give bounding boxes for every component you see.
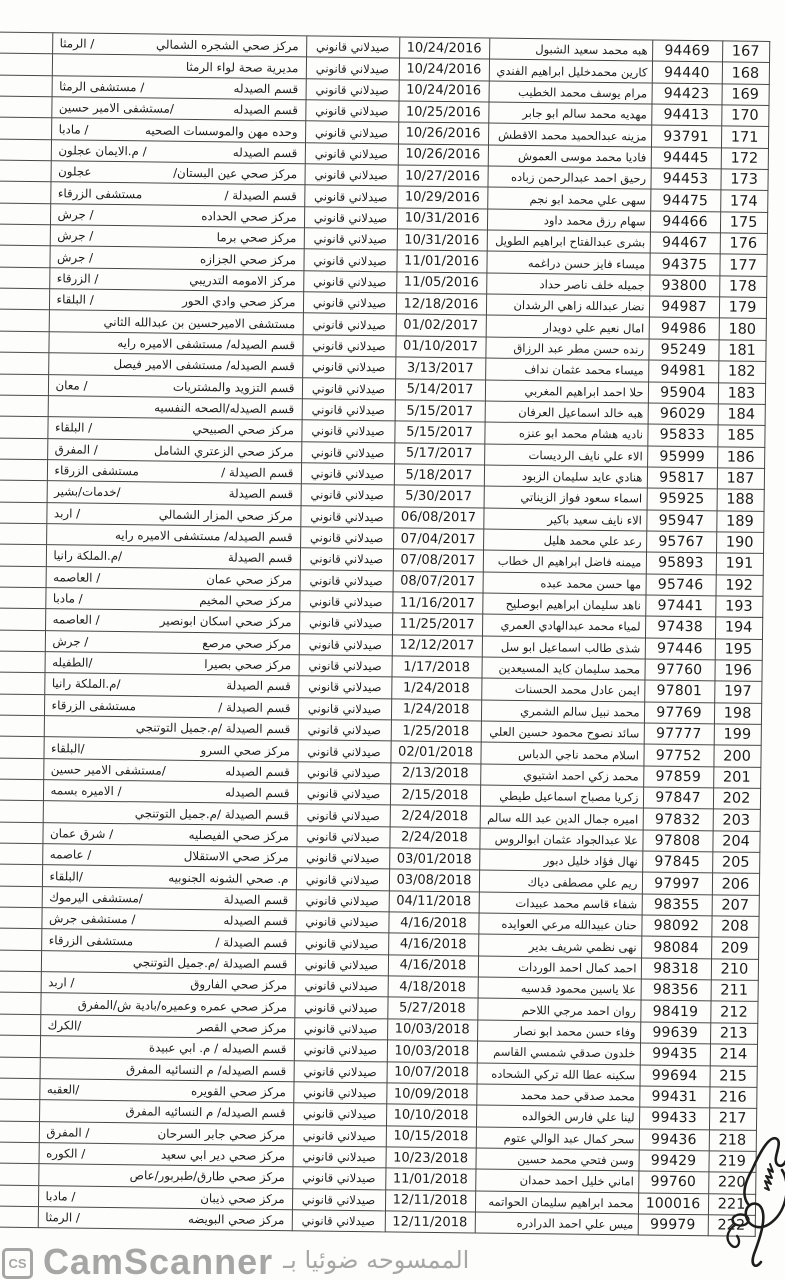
employee-id-cell: 95893 — [646, 552, 716, 574]
workplace-cell: مركز صحي المخيم / مادبا — [45, 588, 299, 612]
workplace-text: مركز صحي المزار الشمالي / اربد — [47, 506, 300, 523]
row-number-cell: 203 — [713, 809, 760, 831]
employee-name-cell: مزينه عبدالحميد محمد الاقطش — [488, 123, 651, 146]
job-title-cell: صيدلاني قانوني — [293, 1082, 386, 1104]
workplace-text: مديرية صحة لواء الرمثا — [52, 58, 305, 75]
workplace-cell: قسم الصيدله /مستشفى الامير حسين — [43, 758, 297, 782]
row-number-cell: 171 — [721, 126, 768, 148]
workplace-cell: مركز صحي الفاروق / اربد — [41, 972, 295, 996]
workplace-facility: قسم الصيدله/ م النسائيه المفرق — [126, 1062, 286, 1078]
job-title-cell: صيدلاني قانوني — [301, 463, 394, 485]
appointment-date-cell: 10/31/2016 — [397, 229, 487, 251]
workplace-text: قسم الصيدله/ م النسائيه المفرق — [40, 1103, 293, 1120]
appointment-date-cell: 10/03/2018 — [387, 1019, 477, 1041]
appointment-date-cell: 5/17/2017 — [394, 442, 484, 464]
employee-id-cell: 99639 — [640, 1022, 710, 1044]
appointment-date-cell: 10/10/2018 — [386, 1104, 476, 1126]
appointment-date-cell: 12/18/2016 — [396, 293, 486, 315]
workplace-cell: مركز صحي عمره وعميره/بادية ش/المفرق — [40, 993, 294, 1017]
camscanner-watermark: CS CamScanner الممسوحه ضوئيا بـ — [2, 1244, 469, 1280]
employee-name-cell: شذى طالب اسماعيل ابو سل — [482, 636, 645, 659]
workplace-cell: مركز صحي بصيرا /الطفيله — [45, 652, 299, 676]
appointment-date-cell: 4/16/2018 — [388, 912, 478, 934]
table-left-stub-cell — [0, 1141, 39, 1163]
row-number-cell: 169 — [721, 84, 768, 106]
workplace-text: قسم الصيدلة /م.جميل التوتنجي — [44, 719, 297, 736]
workplace-text: قسم الصيدله/ مستشفى الاميره رايه — [47, 527, 300, 544]
row-number-cell: 197 — [714, 681, 761, 703]
workplace-facility: مركز صحي جابر السرحان — [157, 1126, 285, 1142]
appointment-date-cell: 07/04/2017 — [393, 528, 483, 550]
workplace-cell: مركز صحي الاستقلال / عاصمه — [42, 844, 296, 868]
job-title-cell: صيدلاني قانوني — [300, 548, 393, 570]
table-left-stub-cell — [0, 672, 45, 694]
workplace-facility: مركز صحي الاستقلال — [184, 849, 289, 864]
workplace-facility: مركز الامومه التدريبي — [189, 273, 296, 288]
watermark-arabic-text: الممسوحه ضوئيا بـ — [283, 1248, 469, 1272]
workplace-facility: قسم الصيدله — [223, 914, 288, 929]
employee-name-cell: بشرى عبدالفتاح ابراهيم الطويل — [487, 230, 650, 253]
workplace-cell: مركز صحي طارق/طبربور/عاص — [38, 1164, 292, 1188]
appointment-date-cell: 11/01/2016 — [396, 250, 486, 272]
job-title-cell: صيدلاني قانوني — [306, 57, 399, 79]
workplace-text: قسم الصيدله/ مستشفى الامير فيصل — [49, 357, 302, 374]
scanned-sheet: 167 94469 هبه محمد سعيد الشبول 10/24/201… — [0, 31, 770, 1237]
workplace-cell: قسم الصيدله /مستشفى الامير حسين — [51, 97, 305, 121]
employee-id-cell: 97808 — [642, 830, 712, 852]
employee-id-cell: 97845 — [642, 851, 712, 873]
camscanner-logo-icon: CS — [2, 1248, 33, 1279]
workplace-governorate: /مستشفى الامير حسين — [59, 101, 174, 116]
workplace-facility: مركز صحي القويره — [191, 1084, 286, 1099]
workplace-governorate: / مستشفى جرش — [49, 912, 136, 927]
job-title-cell: صيدلاني قانوني — [298, 676, 391, 698]
workplace-text: قسم الصيدلة / مستشفى الزرقاء — [45, 698, 298, 715]
employee-name-cell: هبه خالد اسماعيل العرفان — [485, 401, 648, 424]
employee-id-cell: 99431 — [639, 1086, 709, 1108]
workplace-governorate: / مادبا — [59, 122, 89, 136]
employee-name-cell: الاء نايف سعيد باكير — [483, 508, 646, 531]
workplace-governorate: /البلقاء — [49, 869, 83, 883]
workplace-facility: قسم الصيدلة / — [221, 465, 293, 480]
table-left-stub-cell — [0, 522, 46, 544]
workplace-facility: مركز صحي الفاروق — [190, 977, 287, 992]
job-title-cell: صيدلاني قانوني — [301, 420, 394, 442]
workplace-governorate: / الكوره — [46, 1146, 85, 1160]
job-title-cell: صيدلاني قانوني — [295, 954, 388, 976]
workplace-facility: قسم الصيدله — [225, 764, 290, 779]
employee-id-cell: 97832 — [643, 808, 713, 830]
employee-name-cell: سكينه عطا الله تركي الشحاده — [477, 1062, 640, 1085]
workplace-governorate: / الرمثا — [60, 36, 95, 50]
workplace-governorate: /م.الملكة رانيا — [52, 677, 121, 692]
row-number-cell: 216 — [709, 1087, 756, 1109]
table-left-stub-cell — [0, 394, 48, 416]
workplace-facility: قسم الصيدله — [234, 81, 299, 96]
employee-id-cell: 97801 — [644, 680, 714, 702]
workplace-governorate: / عاصمه — [50, 847, 92, 862]
job-title-cell: صيدلاني قانوني — [303, 292, 396, 314]
workplace-text: قسم الصيدله / م.الايمان عجلون — [51, 143, 304, 160]
row-number-cell: 167 — [722, 41, 769, 63]
workplace-governorate: / شرق عمان — [50, 826, 113, 841]
table-left-stub-cell — [0, 651, 45, 673]
employee-id-cell: 94445 — [651, 147, 721, 169]
table-left-stub-cell — [0, 181, 50, 203]
workplace-text: قسم الصيدله /مستشفى الامير حسين — [44, 762, 297, 779]
appointment-date-cell: 10/24/2016 — [399, 37, 489, 59]
workplace-text: مركز صحي عمره وعميره/بادية ش/المفرق — [41, 997, 294, 1014]
workplace-facility: قسم الصيدله/ مستشفى الاميره رايه — [117, 336, 295, 352]
workplace-cell: مركز صحي ذيبان / مادبا — [38, 1185, 292, 1209]
table-left-stub-cell — [0, 1077, 40, 1099]
table-left-stub-cell — [0, 1184, 38, 1206]
workplace-text: قسم الصيدله / مستشفى جرش — [42, 911, 295, 928]
table-left-stub-cell — [0, 416, 48, 438]
row-number-cell: 206 — [712, 873, 759, 895]
job-title-cell: صيدلاني قانوني — [305, 143, 398, 165]
workplace-governorate: /الطفيله — [52, 655, 92, 669]
table-left-stub-cell — [0, 1163, 39, 1185]
table-left-stub-cell — [0, 949, 41, 971]
workplace-governorate: / مادبا — [46, 1189, 76, 1203]
employee-id-cell: 95746 — [646, 574, 716, 596]
job-title-cell: صيدلاني قانوني — [292, 1188, 385, 1210]
row-number-cell: 187 — [717, 468, 764, 490]
appointment-date-cell: 01/10/2017 — [395, 336, 485, 358]
employee-name-cell: اسلام محمد ناجي الدباس — [480, 742, 643, 765]
workplace-cell: مستشفى الاميرحسين بن عبدالله الثاني — [49, 310, 303, 334]
table-left-stub-cell — [0, 330, 49, 352]
job-title-cell: صيدلاني قانوني — [295, 975, 388, 997]
workplace-facility: قسم الصيدله/ مستشفى الامير فيصل — [113, 357, 294, 373]
workplace-facility: مركز صحي برما — [217, 231, 297, 246]
row-number-cell: 182 — [718, 361, 765, 383]
job-title-cell: صيدلاني قانوني — [303, 271, 396, 293]
workplace-governorate: /مستشفى اليرموك — [49, 890, 143, 905]
workplace-governorate: مستشفى الزرقاء — [54, 463, 139, 478]
workplace-text: مركز صحي المخيم / مادبا — [46, 591, 299, 608]
job-title-cell: صيدلاني قانوني — [302, 399, 395, 421]
row-number-cell: 183 — [718, 382, 765, 404]
employee-id-cell: 95947 — [646, 510, 716, 532]
appointment-date-cell: 1/24/2018 — [391, 699, 481, 721]
appointment-date-cell: 03/08/2018 — [389, 869, 479, 891]
workplace-facility: مركز صحي عمان — [206, 572, 292, 587]
employee-id-cell: 94453 — [650, 168, 720, 190]
employee-id-cell: 94467 — [650, 232, 720, 254]
workplace-governorate: / جرش — [58, 207, 94, 221]
employee-id-cell: 95999 — [647, 446, 717, 468]
job-title-cell: صيدلاني قانوني — [296, 890, 389, 912]
row-number-cell: 199 — [714, 724, 761, 746]
row-number-cell: 202 — [713, 788, 760, 810]
employee-name-cell: وفاء حسن محمد ابو نصار — [477, 1020, 640, 1043]
table-left-stub-cell — [0, 800, 43, 822]
table-left-stub-cell — [0, 693, 44, 715]
workplace-text: مركز صحي القويره /العقبه — [40, 1082, 293, 1099]
workplace-text: مركز صحي اسكان ابونصير / العاصمه — [46, 613, 299, 630]
workplace-cell: مركز صحي الفيصليه / شرق عمان — [42, 822, 296, 846]
table-left-stub-cell — [0, 74, 52, 96]
job-title-cell: صيدلاني قانوني — [298, 655, 391, 677]
job-title-cell: صيدلاني قانوني — [294, 1018, 387, 1040]
appointment-date-cell: 5/18/2017 — [394, 464, 484, 486]
workplace-facility: مركز صحي الجزازه — [200, 252, 296, 267]
employee-name-cell: سهام رزق محمد داود — [487, 209, 650, 232]
row-number-cell: 184 — [718, 404, 765, 426]
employee-id-cell: 94413 — [651, 104, 721, 126]
employee-name-cell: حلا احمد ابراهيم المغربي — [485, 380, 648, 403]
appointment-date-cell: 03/01/2018 — [389, 848, 479, 870]
row-number-cell: 176 — [720, 233, 767, 255]
appointment-date-cell: 2/24/2018 — [389, 827, 479, 849]
table-left-stub-cell — [0, 629, 45, 651]
appointment-date-cell: 10/25/2016 — [398, 101, 488, 123]
workplace-facility: قسم الصيدله/ م النسائيه المفرق — [125, 1105, 285, 1121]
row-number-cell: 215 — [709, 1065, 756, 1087]
workplace-cell: مركز الامومه التدريبي / الزرقاء — [49, 267, 303, 291]
table-left-stub-cell — [0, 1035, 40, 1057]
appointment-date-cell: 10/24/2016 — [399, 80, 489, 102]
workplace-cell: قسم الصيدلة / مستشفى الزرقاء — [47, 460, 301, 484]
appointment-date-cell: 10/15/2018 — [386, 1125, 476, 1147]
pharmacists-roster-table: 167 94469 هبه محمد سعيد الشبول 10/24/201… — [0, 31, 770, 1237]
roster-table-body: 167 94469 هبه محمد سعيد الشبول 10/24/201… — [0, 32, 769, 1237]
workplace-facility: مركز صحي عمره وعميره/بادية ش/المفرق — [78, 997, 287, 1014]
workplace-cell: مركز صحي القويره /العقبه — [39, 1078, 293, 1102]
row-number-cell: 168 — [722, 62, 769, 84]
job-title-cell: صيدلاني قانوني — [296, 847, 389, 869]
workplace-text: قسم الصيدلة /خدمات/بشير — [47, 485, 300, 502]
appointment-date-cell: 2/15/2018 — [390, 784, 480, 806]
workplace-facility: قسم الصيدله / م. ابي عبيدة — [149, 1041, 287, 1057]
job-title-cell: صيدلاني قانوني — [303, 313, 396, 335]
appointment-date-cell: 04/11/2018 — [389, 891, 479, 913]
job-title-cell: صيدلاني قانوني — [298, 719, 391, 741]
employee-name-cell: رنده حسن مطر عبد الرزاق — [485, 337, 648, 360]
workplace-text: مركز صحي بصيرا /الطفيله — [45, 655, 298, 672]
workplace-cell: وحده مهن والموسسات الصحيه / مادبا — [51, 118, 305, 142]
job-title-cell: صيدلاني قانوني — [293, 1103, 386, 1125]
job-title-cell: صيدلاني قانوني — [302, 356, 395, 378]
appointment-date-cell: 12/11/2018 — [385, 1211, 475, 1233]
workplace-text: مركز صحي طارق/طبربور/عاص — [39, 1168, 292, 1185]
table-left-stub-cell — [0, 779, 43, 801]
appointment-date-cell: 4/18/2018 — [388, 976, 478, 998]
appointment-date-cell: 10/27/2016 — [397, 165, 487, 187]
row-number-cell: 175 — [720, 212, 767, 234]
employee-id-cell: 97847 — [643, 787, 713, 809]
workplace-text: قسم الصيدله /مستشفى الامير حسين — [52, 100, 305, 117]
workplace-facility: مركز صحي وادي الحور — [182, 294, 296, 309]
employee-name-cell: محمد نبيل سالم الشمري — [481, 700, 644, 723]
table-left-stub-cell — [0, 309, 49, 331]
employee-id-cell: 94981 — [648, 360, 718, 382]
workplace-cell: قسم الصيدله / م.الايمان عجلون — [51, 139, 305, 163]
row-number-cell: 177 — [719, 254, 766, 276]
workplace-text: مركز صحي وادي الحور / البلقاء — [49, 292, 302, 309]
row-number-cell: 214 — [710, 1044, 757, 1066]
job-title-cell: صيدلاني قانوني — [300, 569, 393, 591]
table-left-stub-cell — [0, 608, 45, 630]
table-left-stub-cell — [0, 1013, 40, 1035]
workplace-cell: مركز صحي المزار الشمالي / اربد — [46, 502, 300, 526]
workplace-cell: مركز صحي القصر /الكرك — [40, 1014, 294, 1038]
row-number-cell: 198 — [714, 703, 761, 725]
appointment-date-cell: 07/08/2017 — [393, 549, 483, 571]
workplace-text: قسم الصيدلة /م.الملكة رانيا — [45, 677, 298, 694]
employee-id-cell: 93791 — [651, 125, 721, 147]
row-number-cell: 212 — [710, 1001, 757, 1023]
workplace-cell: مركز صحي دير ابي سعيد / الكوره — [39, 1143, 293, 1167]
workplace-text: مركز صحي الاستقلال / عاصمه — [43, 847, 296, 864]
appointment-date-cell: 10/31/2016 — [397, 208, 487, 230]
appointment-date-cell: 12/11/2018 — [385, 1189, 475, 1211]
employee-name-cell: كارين محمدخليل ابراهيم الفندي — [489, 59, 652, 82]
row-number-cell: 185 — [717, 425, 764, 447]
workplace-governorate: / العاصمه — [53, 613, 100, 628]
workplace-facility: قسم الصيدلة — [224, 892, 289, 907]
appointment-date-cell: 5/15/2017 — [395, 400, 485, 422]
workplace-cell: مركز صحي اسكان ابونصير / العاصمه — [45, 609, 299, 633]
appointment-date-cell: 12/12/2017 — [392, 635, 482, 657]
workplace-facility: قسم الصيدلة — [229, 487, 294, 502]
employee-name-cell: الاء علي نايف الرديسات — [484, 444, 647, 467]
workplace-text: قسم الصيدلة / مستشفى الزرقاء — [42, 933, 295, 950]
workplace-cell: قسم الصيدلة /م.الملكة رانيا — [46, 545, 300, 569]
employee-id-cell: 97859 — [643, 766, 713, 788]
job-title-cell: صيدلاني قانوني — [302, 377, 395, 399]
employee-id-cell: 95249 — [648, 339, 718, 361]
table-left-stub-cell — [0, 288, 49, 310]
workplace-governorate: / معان — [55, 378, 87, 392]
workplace-facility: مركز صحي ذيبان — [200, 1191, 284, 1206]
employee-name-cell: سهى علي محمد ابو نجم — [487, 187, 650, 210]
workplace-facility: مركز صحي الزعتري الشامل — [154, 443, 294, 459]
workplace-cell: قسم التزويد والمشتريات / معان — [48, 374, 302, 398]
workplace-text: مركز صحي القصر /الكرك — [41, 1018, 294, 1035]
workplace-text: قسم الصيدلة /م.جميل التوتنجي — [43, 805, 296, 822]
workplace-text: مركز صحي السرو /البلقاء — [44, 741, 297, 758]
workplace-facility: مركز صحي البويضه — [188, 1212, 284, 1227]
workplace-text: مركز صحي البويضه / الرمثا — [38, 1210, 291, 1227]
appointment-date-cell: 10/24/2016 — [399, 58, 489, 80]
employee-id-cell: 97446 — [645, 638, 715, 660]
workplace-facility: قسم الصيدله — [233, 103, 298, 118]
employee-name-cell: نضار عبدالله زاهي الرشدان — [486, 294, 649, 317]
workplace-text: مركز صحي الفيصليه / شرق عمان — [43, 826, 296, 843]
workplace-cell: قسم الصيدلة /م.جميل التوتنجي — [44, 716, 298, 740]
employee-id-cell: 98084 — [641, 936, 711, 958]
job-title-cell: صيدلاني قانوني — [304, 228, 397, 250]
employee-name-cell: محمد ابراهيم سليمان الحواتمه — [475, 1191, 638, 1214]
job-title-cell: صيدلاني قانوني — [294, 1060, 387, 1082]
appointment-date-cell: 5/27/2018 — [387, 997, 477, 1019]
workplace-text: قسم الصيدلة /مستشفى اليرموك — [42, 890, 295, 907]
table-left-stub-cell — [0, 1099, 39, 1121]
workplace-cell: قسم الصيدله/ مستشفى الاميره رايه — [46, 524, 300, 548]
workplace-governorate: مستشفى الزرقاء — [58, 186, 143, 201]
table-left-stub-cell — [0, 992, 41, 1014]
workplace-text: قسم الصيدله / مستشفى الرمثا — [52, 79, 305, 96]
employee-name-cell: مهديه محمد سالم ابو جابر — [488, 102, 651, 125]
table-left-stub-cell — [0, 53, 52, 75]
row-number-cell: 180 — [719, 318, 766, 340]
table-left-stub-cell — [0, 736, 44, 758]
workplace-cell: قسم الصيدلة /م.جميل التوتنجي — [43, 801, 297, 825]
row-number-cell: 174 — [720, 190, 767, 212]
table-left-stub-cell — [0, 373, 48, 395]
workplace-text: مركز صحي الصبيحي / البلقاء — [48, 421, 301, 438]
workplace-governorate: مستشفى الزرقاء — [52, 698, 137, 713]
employee-id-cell: 99435 — [640, 1043, 710, 1065]
appointment-date-cell: 5/14/2017 — [395, 378, 485, 400]
workplace-facility: قسم الصيدلة / — [225, 188, 297, 203]
table-left-stub-cell — [0, 971, 41, 993]
employee-id-cell: 98318 — [641, 958, 711, 980]
table-left-stub-cell — [0, 757, 43, 779]
scanned-document-page: { "meta": { "job_title": "صيدلاني قانوني… — [0, 0, 785, 1280]
workplace-facility: مركز صحي عين البستان/ — [173, 166, 297, 182]
table-left-stub-cell — [0, 864, 42, 886]
row-number-cell: 213 — [710, 1023, 757, 1045]
handwritten-signature — [698, 1126, 785, 1276]
employee-name-cell: ناديه هشام محمد ابو عنزه — [484, 422, 647, 445]
appointment-date-cell: 4/16/2018 — [388, 955, 478, 977]
workplace-facility: مركز صحي المخيم — [199, 593, 292, 608]
table-left-stub-cell — [0, 117, 51, 139]
table-left-stub-cell — [0, 821, 43, 843]
workplace-text: مركز صحي عمان / العاصمه — [46, 570, 299, 587]
workplace-cell: مركز صحي مرصع / جرش — [45, 630, 299, 654]
employee-name-cell: سائد نصوح محمود حسين العلي — [481, 721, 644, 744]
workplace-text: مركز صحي الشجره الشمالي / الرمثا — [53, 36, 306, 53]
workplace-facility: قسم الصيدلة /م.جميل التوتنجي — [135, 806, 290, 822]
workplace-cell: قسم الصيدله / مستشفى جرش — [41, 908, 295, 932]
table-left-stub-cell — [0, 480, 47, 502]
workplace-cell: قسم الصيدلة /م.الملكة رانيا — [44, 673, 298, 697]
job-title-cell: صيدلاني قانوني — [300, 527, 393, 549]
table-left-stub-cell — [0, 1056, 40, 1078]
workplace-cell: مديرية صحة لواء الرمثا — [52, 54, 306, 78]
workplace-facility: قسم الصيدله/الصحه النفسيه — [154, 400, 294, 416]
workplace-facility: قسم الصيدله — [225, 786, 290, 801]
workplace-governorate: / الرمثا — [45, 1210, 80, 1224]
workplace-governorate: / جرش — [52, 634, 88, 648]
appointment-date-cell: 5/30/2017 — [394, 485, 484, 507]
employee-name-cell: رعد علي محمد هليل — [483, 529, 646, 552]
appointment-date-cell: 10/23/2018 — [385, 1147, 475, 1169]
workplace-facility: مركز صحي اسكان ابونصير — [160, 614, 292, 630]
employee-name-cell: محمد زكي احمد اشتيوي — [480, 764, 643, 787]
employee-name-cell: هنادي عايد سليمان الزبود — [484, 465, 647, 488]
employee-name-cell: اميره جمال الدين عبد الله سالم — [480, 806, 643, 829]
row-number-cell: 179 — [719, 297, 766, 319]
workplace-facility: قسم الصيدلة /م.جميل التوتنجي — [136, 720, 291, 736]
workplace-facility: مركز صحي الحداده — [201, 209, 296, 224]
workplace-governorate: / جرش — [57, 250, 93, 264]
row-number-cell: 173 — [720, 169, 767, 191]
job-title-cell: صيدلاني قانوني — [297, 783, 390, 805]
appointment-date-cell: 10/03/2018 — [387, 1040, 477, 1062]
job-title-cell: صيدلاني قانوني — [292, 1210, 385, 1232]
employee-name-cell: لمياء محمد عبدالهادي العمري — [482, 614, 645, 637]
employee-id-cell: 95767 — [646, 531, 716, 553]
job-title-cell: صيدلاني قانوني — [306, 36, 399, 58]
employee-id-cell: 94987 — [649, 296, 719, 318]
job-title-cell: صيدلاني قانوني — [296, 825, 389, 847]
